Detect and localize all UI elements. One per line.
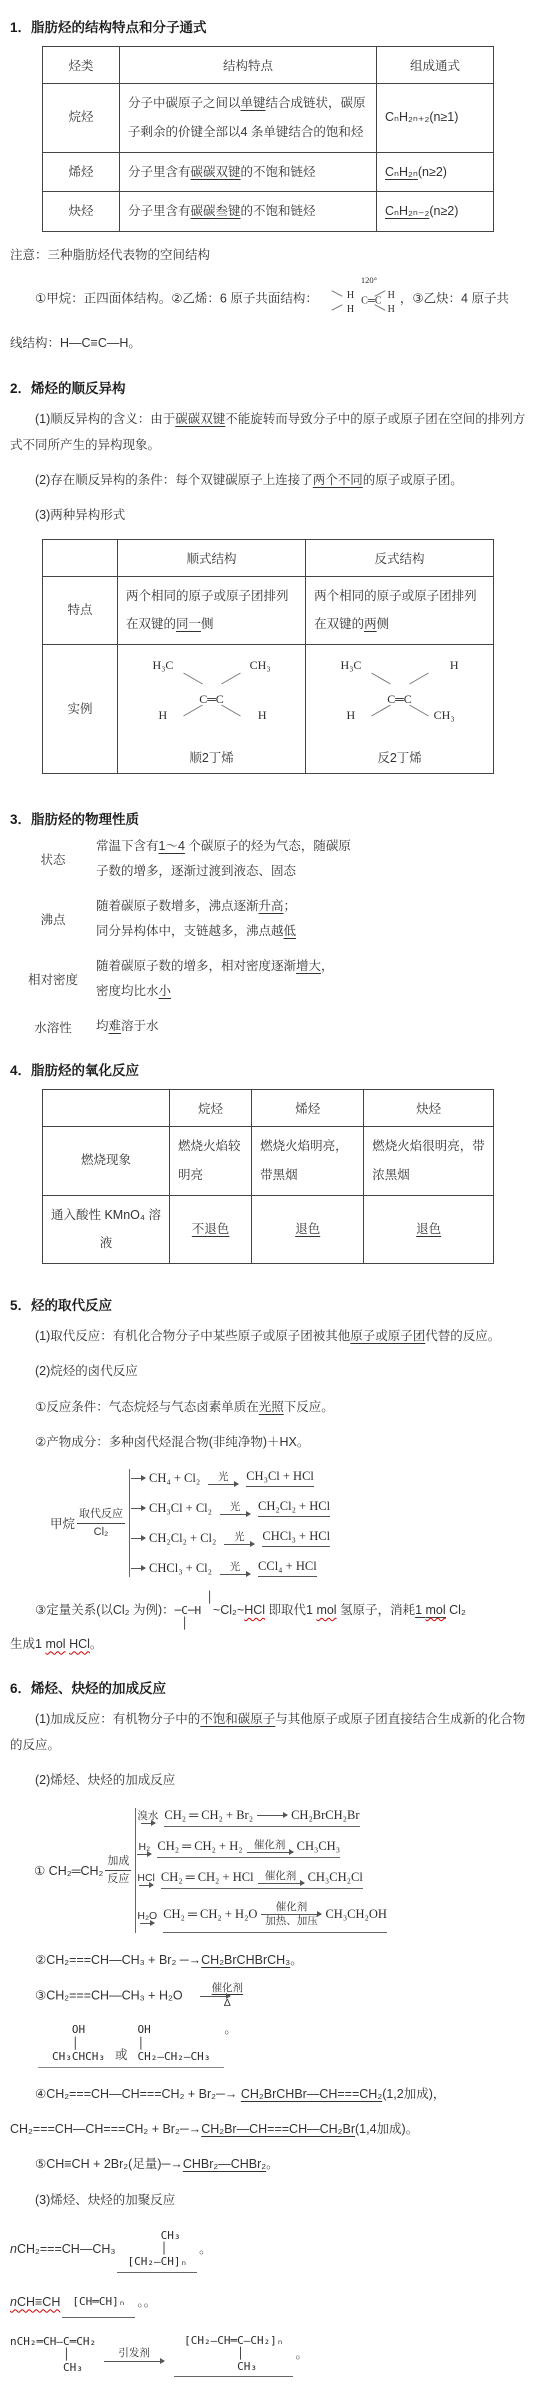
reaction-arrow: 光 <box>224 1531 254 1546</box>
ethylene-addition-diagram: ① CH₂═CH₂ 加成 反应 溴水 CH₂ ═ CH₂ + Br₂CH₂BrC… <box>34 1808 526 1933</box>
physical-property-row: 水溶性 均难溶于水 <box>10 1014 526 1039</box>
section5-title: 5．烃的取代反应 <box>10 1294 526 1314</box>
condition-fraction: 取代反应 Cl₂ <box>77 1506 125 1540</box>
paragraph: ①反应条件：气态烷烃与气态卤素单质在光照下反应。 <box>10 1394 526 1420</box>
reaction-arrow: 光 <box>220 1561 250 1576</box>
row-label: 烷烃 <box>43 84 120 153</box>
reaction-step: CHCl₃ + Cl₂ 光 CCl₄ + HCl <box>131 1559 330 1577</box>
reaction-arrow: 催化剂加热、加压 <box>261 1901 321 1929</box>
isoprene-structure: nCH₂═CH—C═CH₂ │ CH₃ <box>10 2335 96 2375</box>
reaction-step: CH₄ + Cl₂ 光 CH₃Cl + HCl <box>131 1469 330 1487</box>
col-header: 组成通式 <box>377 47 494 84</box>
text: ①甲烷：正四面体结构。②乙烯：6 原子共面结构： <box>35 292 318 306</box>
formula-cell: CₙH₂ₙ₊₂(n≥1) <box>377 84 494 153</box>
reaction-arrow: 光 <box>208 1471 238 1486</box>
paragraph: (1)加成反应：有机物分子中的不饱和碳原子与其他原子或原子团直接结合生成新的化合… <box>10 1706 526 1759</box>
paragraph: (1)顺反异构的含义：由于碳碳双键不能旋转而导致分子中的原子或原子团在空间的排列… <box>10 406 526 459</box>
note-text: 注意：三种脂肪烃代表物的空间结构 <box>10 242 526 268</box>
paragraph: (3)烯烃、炔烃的加聚反应 <box>10 2187 526 2213</box>
trans-example: H₃CHC═CHCH₃ 反2丁烯 <box>306 645 494 774</box>
cis-example: H₃CCH₃C═CHH 顺2丁烯 <box>118 645 306 774</box>
structure-caption: 反2丁烯 <box>314 748 485 768</box>
propanol-products: OH │ CH₃CHCH₃或OH │ CH₂—CH₂—CH₃。 <box>10 2019 526 2072</box>
chemistry-notes-page: 1．脂肪烃的结构特点和分子通式 烃类 结构特点 组成通式 烷烃 分子中碳原子之间… <box>0 0 536 2405</box>
reaction-arrow: 催化剂 <box>247 1839 293 1854</box>
paragraph: ②产物成分：多种卤代烃混合物(非纯净物)＋HX。 <box>10 1429 526 1455</box>
feature-cell: 分子里含有碳碳叁键的不饱和链烃 <box>120 192 377 232</box>
physical-property-row: 沸点 随着碳原子数增多，沸点逐渐升高； 同分异构体中，支链越多，沸点越低 <box>10 894 526 944</box>
2-propanol-structure: OH │ CH₃CHCH₃ <box>52 2023 105 2063</box>
diagram-subject: ① CH₂═CH₂ <box>34 1863 103 1878</box>
reaction-step: CH₃Cl + Cl₂ 光 CH₂Cl₂ + HCl <box>131 1499 330 1517</box>
physical-property-row: 状态 常温下含有1～4 个碳原子的烃为气态，随碳原 子数的增多，逐渐过渡到液态、… <box>10 834 526 884</box>
paragraph: (2)烯烃、炔烃的加成反应 <box>10 1767 526 1793</box>
physical-property-row: 相对密度 随着碳原子数的增多，相对密度逐渐增大， 密度均比水小 <box>10 954 526 1004</box>
row-label: 烯烃 <box>43 152 120 192</box>
row-label: 实例 <box>43 645 118 774</box>
addition-step: H₂ CH₂ ═ CH₂ + H₂催化剂CH₃CH₃ <box>137 1839 387 1858</box>
polypropylene-structure: CH₃ │ [CH₂—CH]ₙ <box>127 2229 187 2269</box>
diagram-subject: 甲烷 <box>50 1514 75 1532</box>
row-label: 燃烧现象 <box>43 1127 170 1196</box>
propene-water-line: ③CH₂===CH—CH₃ + H₂O催化剂Δ <box>10 1982 526 2010</box>
cis-feature: 两个相同的原子或原子团排列在双键的同一侧 <box>118 576 306 645</box>
paragraph: (2)烷烃的卤代反应 <box>10 1358 526 1384</box>
polyisoprene-structure: [CH₂—CH═C—CH₂]ₙ │ CH₃ <box>184 2334 283 2374</box>
reaction-arrow: 催化剂 <box>258 1870 304 1885</box>
reagent-arrow: 溴水 <box>137 1810 158 1824</box>
reaction-arrow <box>257 1815 287 1816</box>
1-propanol-structure: OH │ CH₂—CH₂—CH₃ <box>138 2023 211 2063</box>
spatial-structure-line: ①甲烷：正四面体结构。②乙烯：6 原子共面结构：120°HHC═CHH，③乙炔：… <box>10 277 526 321</box>
trans-feature: 两个相同的原子或原子团排列在双键的两侧 <box>306 576 494 645</box>
feature-cell: 分子中碳原子之间以单键结合成链状，碳原子剩余的价键全部以4 条单键结合的饱和烃 <box>120 84 377 153</box>
reagent-arrow: H₂ <box>137 1841 151 1855</box>
polypropylene-line: nCH₂===CH—CH₃ CH₃ │ [CH₂—CH]ₙ。 <box>10 2227 526 2273</box>
col-header: 结构特点 <box>120 47 377 84</box>
reaction-arrow: 光 <box>220 1501 250 1516</box>
paragraph: (2)存在顺反异构的条件：每个双键碳原子上连接了两个不同的原子或原子团。 <box>10 467 526 493</box>
addition-step: 溴水 CH₂ ═ CH₂ + Br₂CH₂BrCH₂Br <box>137 1808 387 1827</box>
reaction-step: CH₂Cl₂ + Cl₂ 光 CHCl₃ + HCl <box>131 1529 330 1547</box>
initiator-arrow: 引发剂 <box>104 2347 164 2362</box>
reaction-arrow: 催化剂Δ <box>187 1982 244 2010</box>
row-label: 炔烃 <box>43 192 120 232</box>
quantitative-relation-line: ③定量关系(以Cl₂ 为例)： │ ─C─H │~Cl₂~HCl 即取代1 mo… <box>10 1591 526 1657</box>
ethylene-structure: 120°HHC═CHH <box>318 277 400 321</box>
paragraph: (3)两种异构形式 <box>10 502 526 528</box>
alkane-classification-table: 烃类 结构特点 组成通式 烷烃 分子中碳原子之间以单键结合成链状，碳原子剩余的价… <box>42 46 494 232</box>
feature-cell: 分子里含有碳碳双键的不饱和链烃 <box>120 152 377 192</box>
col-header: 烃类 <box>43 47 120 84</box>
section4-title: 4．脂肪烃的氧化反应 <box>10 1059 526 1079</box>
polyacetylene-structure: [CH═CH]ₙ <box>72 2295 125 2308</box>
acetylene-linear-line: 线结构：H—C≡C—H。 <box>10 330 526 356</box>
butadiene-14-addition-line: CH₂===CH—CH===CH₂ + Br₂─→CH₂Br—CH===CH—C… <box>10 2116 526 2142</box>
formula-cell: CₙH₂ₙ(n≥2) <box>377 152 494 192</box>
structure-caption: 顺2丁烯 <box>126 748 297 768</box>
paragraph: (1)取代反应：有机化合物分子中某些原子或原子团被其他原子或原子团代替的反应。 <box>10 1323 526 1349</box>
text: ，③乙炔：4 原子共 <box>400 292 509 306</box>
cis-2-butene-structure: H₃CCH₃C═CHH <box>127 652 297 740</box>
acetylene-bromine-line: ⑤CH≡CH + 2Br₂(足量)─→CHBr₂—CHBr₂。 <box>10 2151 526 2177</box>
polyacetylene-line: nCH≡CH[CH═CH]ₙ。。 <box>10 2287 526 2318</box>
formula-cell: CₙH₂ₙ₋₂(n≥2) <box>377 192 494 232</box>
methane-substitution-diagram: 甲烷 取代反应 Cl₂ CH₄ + Cl₂ 光 CH₃Cl + HCl CH₃C… <box>50 1469 526 1577</box>
butadiene-12-addition-line: ④CH₂===CH—CH===CH₂ + Br₂─→ CH₂BrCHBr—CH=… <box>10 2081 526 2107</box>
propene-bromine-line: ②CH₂===CH—CH₃ + Br₂ ─→CH₂BrCHBrCH₃。 <box>10 1947 526 1973</box>
reagent-arrow: HCl <box>137 1872 155 1886</box>
reagent-arrow: H₂O <box>137 1910 157 1924</box>
row-label: 通入酸性 KMnO₄ 溶液 <box>43 1195 170 1264</box>
section2-title: 2．烯烃的顺反异构 <box>10 377 526 397</box>
addition-step: H₂O CH₂ ═ CH₂ + H₂O催化剂加热、加压CH₃CH₂OH <box>137 1901 387 1933</box>
section3-title: 3．脂肪烃的物理性质 <box>10 808 526 828</box>
trans-2-butene-structure: H₃CHC═CHCH₃ <box>315 652 485 740</box>
isoprene-polymerization-line: nCH₂═CH—C═CH₂ │ CH₃ 引发剂 [CH₂—CH═C—CH₂]ₙ … <box>10 2332 526 2378</box>
condition-fraction: 加成 反应 <box>105 1853 131 1887</box>
oxidation-table: 烷烃 烯烃 炔烃 燃烧现象 燃烧火焰较明亮 燃烧火焰明亮，带黑烟 燃烧火焰很明亮… <box>42 1089 494 1264</box>
section1-title: 1．脂肪烃的结构特点和分子通式 <box>10 16 526 36</box>
addition-step: HCl CH₂ ═ CH₂ + HCl催化剂CH₃CH₂Cl <box>137 1870 387 1889</box>
row-label: 特点 <box>43 576 118 645</box>
section6-title: 6．烯烃、炔烃的加成反应 <box>10 1677 526 1697</box>
cis-trans-table: 顺式结构 反式结构 特点 两个相同的原子或原子团排列在双键的同一侧 两个相同的原… <box>42 539 494 775</box>
